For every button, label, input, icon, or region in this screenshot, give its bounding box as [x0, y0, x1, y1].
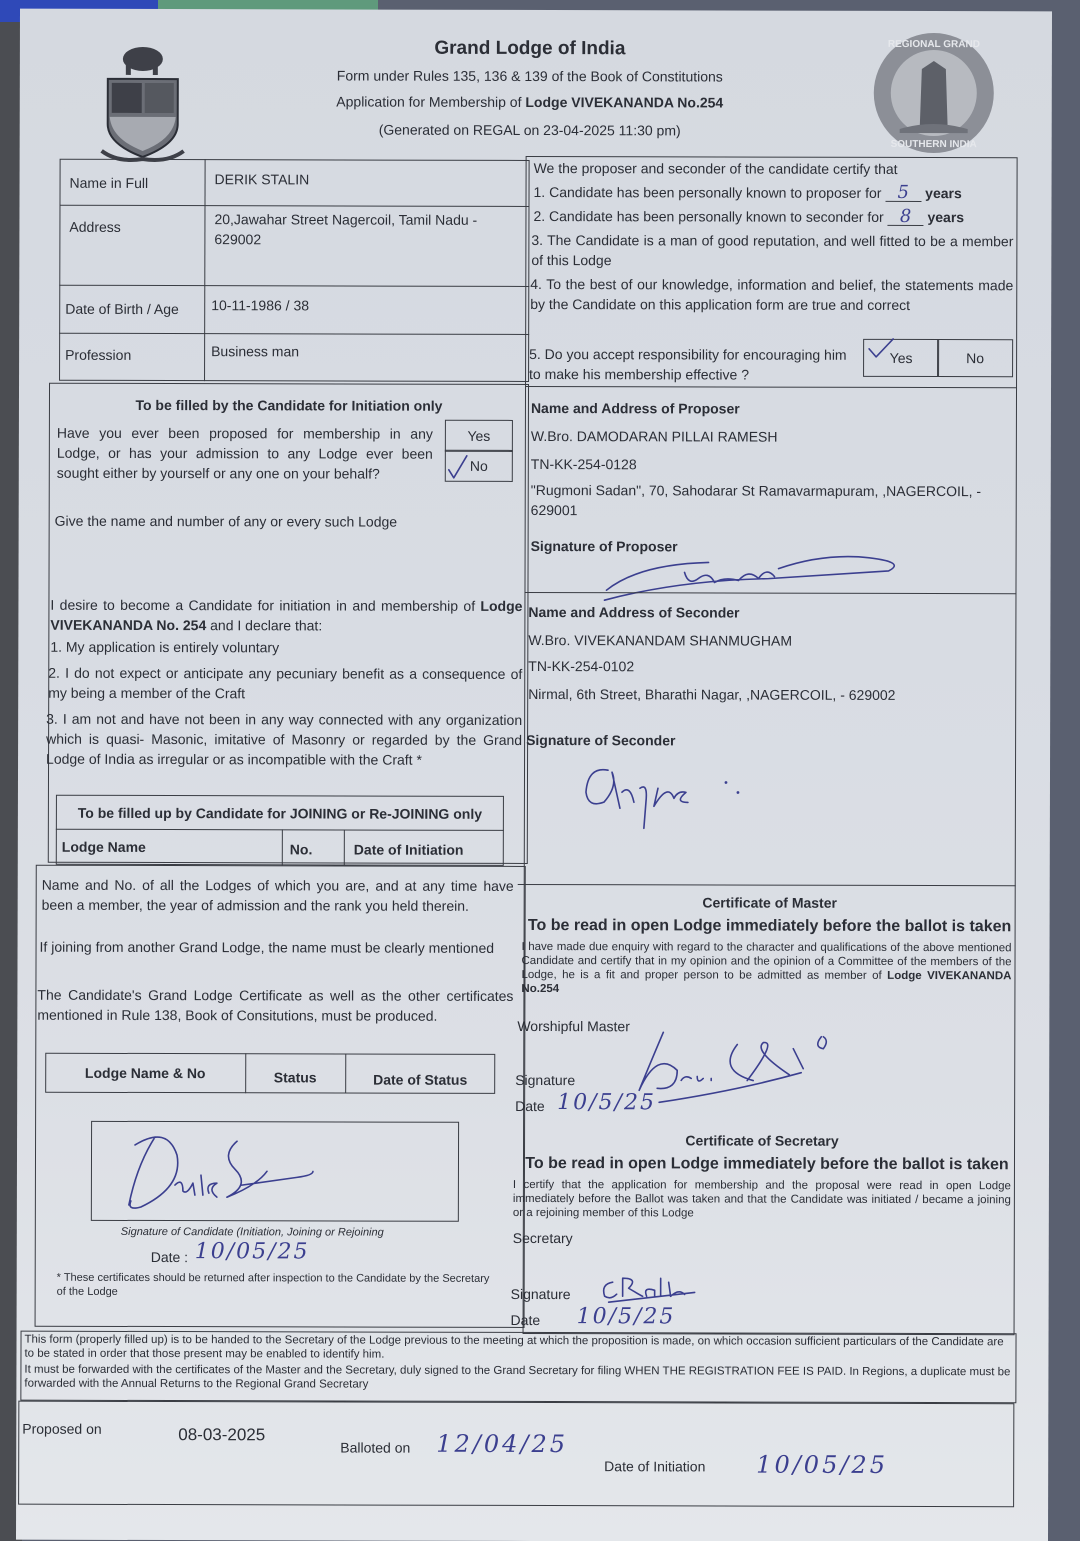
- name-label: Name in Full: [70, 173, 149, 193]
- yes-label: Yes: [467, 428, 490, 444]
- certify-item-2-text: 2. Candidate has been personally known t…: [533, 208, 883, 225]
- joining-para-3: The Candidate's Grand Lodge Certificate …: [37, 985, 513, 1026]
- profession-label: Profession: [65, 345, 131, 365]
- balloted-on-value[interactable]: 12/04/25: [436, 1430, 568, 1458]
- certify-item-4: 4. To the best of our knowledge, informa…: [530, 274, 1013, 315]
- checkmark-icon: [447, 454, 471, 480]
- secretary-role: Secretary: [513, 1228, 573, 1248]
- no-label: No: [470, 458, 488, 474]
- generated-timestamp: (Generated on REGAL on 23-04-2025 11:30 …: [300, 121, 760, 138]
- years-label: years: [925, 185, 962, 201]
- master-certificate-subheading: To be read in open Lodge immediately bef…: [528, 916, 1012, 937]
- form-rules-line: Form under Rules 135, 136 & 139 of the B…: [300, 67, 760, 84]
- declaration-item-2: 2. I do not expect or anticipate any pec…: [48, 663, 522, 704]
- proposer-years-field[interactable]: 5: [885, 185, 921, 202]
- secretary-date-label: Date: [511, 1310, 541, 1330]
- joining-para-2: If joining from another Grand Lodge, the…: [40, 937, 514, 958]
- seconder-id: TN-KK-254-0102: [528, 656, 634, 676]
- col-lodge-name-no: Lodge Name & No: [45, 1063, 245, 1084]
- col-status: Status: [245, 1067, 345, 1087]
- prior-proposal-yes-option[interactable]: Yes: [445, 420, 513, 452]
- seconder-address: Nirmal, 6th Street, Bharathi Nagar, ,NAG…: [528, 684, 895, 705]
- footer-note-1: This form (properly filled up) is to be …: [24, 1333, 1012, 1364]
- proposer-heading: Name and Address of Proposer: [531, 398, 740, 419]
- col-date-of-status: Date of Status: [345, 1070, 495, 1090]
- declaration-suffix: and I declare that:: [206, 617, 322, 633]
- master-role: Worshipful Master: [517, 1016, 630, 1036]
- proposer-name: W.Bro. DAMODARAN PILLAI RAMESH: [531, 426, 778, 447]
- seconder-years-field[interactable]: 8: [888, 209, 924, 226]
- master-date-value[interactable]: 10/5/25: [557, 1090, 656, 1115]
- col-number: No.: [290, 839, 313, 859]
- secretary-date-value[interactable]: 10/5/25: [577, 1304, 676, 1329]
- master-signature-label: Signature: [515, 1070, 575, 1090]
- candidate-date-value[interactable]: 10/05/25: [195, 1239, 310, 1264]
- seconder-name: W.Bro. VIVEKANANDAM SHANMUGHAM: [528, 630, 792, 651]
- elephant-crest-icon: [98, 39, 188, 167]
- certify-item-1: 1. Candidate has been personally known t…: [534, 182, 1014, 203]
- secretary-signature: [599, 1272, 699, 1304]
- seconder-signature: [578, 762, 748, 842]
- application-prefix: Application for Membership of: [336, 93, 525, 109]
- joining-heading: To be filled up by Candidate for JOINING…: [56, 803, 504, 824]
- master-date-label: Date: [515, 1096, 545, 1116]
- seconder-heading: Name and Address of Seconder: [528, 602, 739, 623]
- secretary-certificate-heading: Certificate of Secretary: [617, 1130, 907, 1151]
- secretary-signature-label: Signature: [511, 1284, 571, 1304]
- prior-proposal-question: Have you ever been proposed for membersh…: [57, 423, 433, 484]
- secretary-certificate-subheading: To be read in open Lodge immediately bef…: [523, 1154, 1011, 1175]
- initiation-heading: To be filled by the Candidate for Initia…: [59, 395, 519, 416]
- date-of-initiation-label: Date of Initiation: [604, 1456, 705, 1476]
- master-certificate-body: I have made due enquiry with regard to t…: [521, 940, 1011, 997]
- give-lodge-prompt: Give the name and number of any or every…: [55, 511, 397, 532]
- regional-grand-lodge-seal-icon: REGIONAL GRAND SOUTHERN INDIA: [870, 29, 998, 157]
- proposed-on-value: 08-03-2025: [178, 1425, 265, 1445]
- declaration-text: I desire to become a Candidate for initi…: [50, 597, 480, 614]
- lodge-name: Lodge VIVEKANANDA No.254: [525, 94, 723, 111]
- name-value: DERIK STALIN: [215, 169, 310, 189]
- col-lodge-name: Lodge Name: [62, 837, 146, 857]
- years-label: years: [927, 209, 964, 225]
- declaration-item-3: 3. I am not and have not been in any way…: [46, 709, 522, 770]
- checkmark-icon: [867, 337, 897, 361]
- secretary-certificate-body: I certify that the application for membe…: [513, 1178, 1011, 1221]
- joining-para-1: Name and No. of all the Lodges of which …: [42, 875, 514, 916]
- form-application-line: Application for Membership of Lodge VIVE…: [300, 93, 760, 110]
- certify-intro: We the proposer and seconder of the cand…: [534, 158, 1014, 179]
- certificates-footnote: * These certificates should be returned …: [57, 1271, 497, 1300]
- master-signature: [637, 1030, 847, 1111]
- no-label: No: [966, 350, 984, 366]
- certify-item-5: 5. Do you accept responsibility for enco…: [529, 344, 859, 385]
- balloted-on-label: Balloted on: [340, 1437, 410, 1457]
- date-of-initiation-value[interactable]: 10/05/25: [756, 1451, 888, 1479]
- address-value: 20,Jawahar Street Nagercoil, Tamil Nadu …: [214, 209, 514, 250]
- candidate-signature-caption: Signature of Candidate (Initiation, Join…: [121, 1225, 384, 1240]
- certify-item-3: 3. The Candidate is a man of good reputa…: [531, 230, 1013, 271]
- form-title: Grand Lodge of India: [320, 37, 740, 60]
- dob-label: Date of Birth / Age: [65, 299, 179, 319]
- candidate-date-label: Date :: [151, 1247, 188, 1267]
- application-form: REGIONAL GRAND SOUTHERN INDIA Grand Lodg…: [16, 9, 1052, 1541]
- certify-item-1-text: 1. Candidate has been personally known t…: [534, 184, 882, 201]
- address-label: Address: [69, 217, 120, 237]
- proposer-address: "Rugmoni Sadan", 70, Sahodarar St Ramava…: [531, 480, 1009, 521]
- svg-text:SOUTHERN INDIA: SOUTHERN INDIA: [891, 139, 977, 150]
- master-certificate-heading: Certificate of Master: [528, 892, 1012, 913]
- accept-no-option[interactable]: No: [937, 339, 1013, 377]
- footer-note-2: It must be forwarded with the certificat…: [24, 1363, 1012, 1394]
- candidate-signature: [117, 1125, 327, 1216]
- col-date-of-initiation: Date of Initiation: [354, 840, 464, 860]
- svg-text:REGIONAL GRAND: REGIONAL GRAND: [888, 39, 980, 50]
- dob-value: 10-11-1986 / 38: [211, 295, 309, 315]
- proposer-id: TN-KK-254-0128: [531, 454, 637, 474]
- declaration-item-1: 1. My application is entirely voluntary: [50, 637, 522, 658]
- declaration-intro: I desire to become a Candidate for initi…: [50, 595, 522, 636]
- certify-item-2: 2. Candidate has been personally known t…: [533, 206, 1013, 227]
- seconder-signature-label: Signature of Seconder: [526, 730, 675, 750]
- proposed-on-label: Proposed on: [22, 1419, 101, 1439]
- profession-value: Business man: [211, 341, 299, 361]
